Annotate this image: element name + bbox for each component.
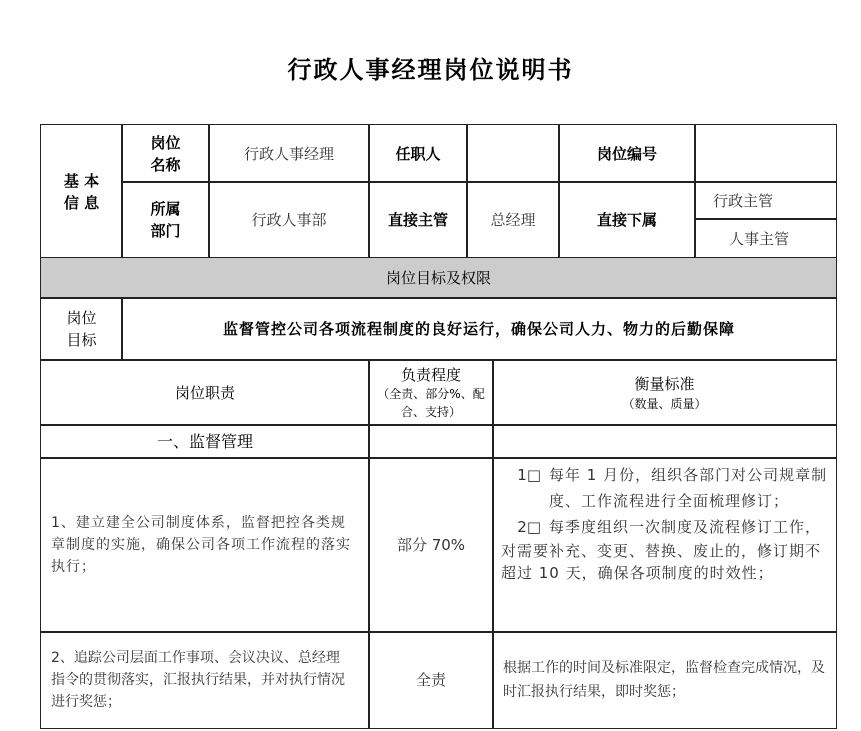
responsibility-cell: 全责 [368,631,494,729]
responsibility-subtitle: （全责、部分%、配合、支持） [369,385,493,421]
measure-subtitle: （数量、质量） [622,395,706,413]
section-responsibility-empty [368,424,494,459]
goals-section-header: 岗位目标及权限 [40,257,837,299]
goal-label: 岗位 目标 [40,297,123,361]
measure-item-text: 每年 1 月份，组织各部门对公司规章制度、工作流程进行全面梳理修订； [549,462,828,514]
duty-cell: 1、建立建全公司制度体系，监督把控各类规章制度的实施，确保公司各项工作流程的落实… [40,457,370,633]
basic-info-label: 基 本 信 息 [40,124,123,259]
direct-subordinates-label: 直接下属 [558,181,696,259]
measure-cell: 根据工作的时间及标准限定，监督检查完成情况，及时汇报执行结果，即时奖惩； [492,631,837,729]
incumbent-label: 任职人 [368,124,468,183]
goal-text: 监督管控公司各项流程制度的良好运行，确保公司人力、物力的后勤保障 [121,297,837,361]
duty-cell: 2、追踪公司层面工作事项、会议决议、总经理指令的贯彻落实，汇报执行结果，并对执行… [40,631,370,729]
responsibility-title: 负责程度 [401,365,461,385]
direct-supervisor-value: 总经理 [466,181,560,259]
measure-item: 2□ 每季度组织一次制度及流程修订工作， [501,514,828,540]
department-value: 行政人事部 [208,181,370,259]
direct-supervisor-label: 直接主管 [368,181,468,259]
incumbent-value [466,124,560,183]
measure-item-number: 1□ [501,462,549,514]
measure-item-number: 2□ [501,514,549,540]
position-code-label: 岗位编号 [558,124,696,183]
col-header-responsibility: 负责程度 （全责、部分%、配合、支持） [368,359,494,426]
section-measure-empty [492,424,837,459]
measure-item-text: 每季度组织一次制度及流程修订工作， [549,514,821,540]
responsibility-cell: 部分 70% [368,457,494,633]
subordinate-item: 人事主管 [694,218,837,259]
position-code-value [694,124,837,183]
measure-cell: 1□ 每年 1 月份，组织各部门对公司规章制度、工作流程进行全面梳理修订； 2□… [492,457,837,633]
department-label: 所属 部门 [121,181,210,259]
document-title: 行政人事经理岗位说明书 [0,50,861,85]
subordinate-item: 行政主管 [694,181,837,220]
measure-item: 1□ 每年 1 月份，组织各部门对公司规章制度、工作流程进行全面梳理修订； [501,462,828,514]
position-name-label: 岗位 名称 [121,124,210,183]
col-header-measure: 衡量标准 （数量、质量） [492,359,837,426]
position-name-value: 行政人事经理 [208,124,370,183]
section-title: 一、监督管理 [40,424,370,459]
measure-title: 衡量标准 [634,373,694,395]
col-header-duty: 岗位职责 [40,359,370,426]
measure-extra-text: 对需要补充、变更、替换、废止的，修订期不超过 10 天，确保各项制度的时效性； [501,540,828,584]
